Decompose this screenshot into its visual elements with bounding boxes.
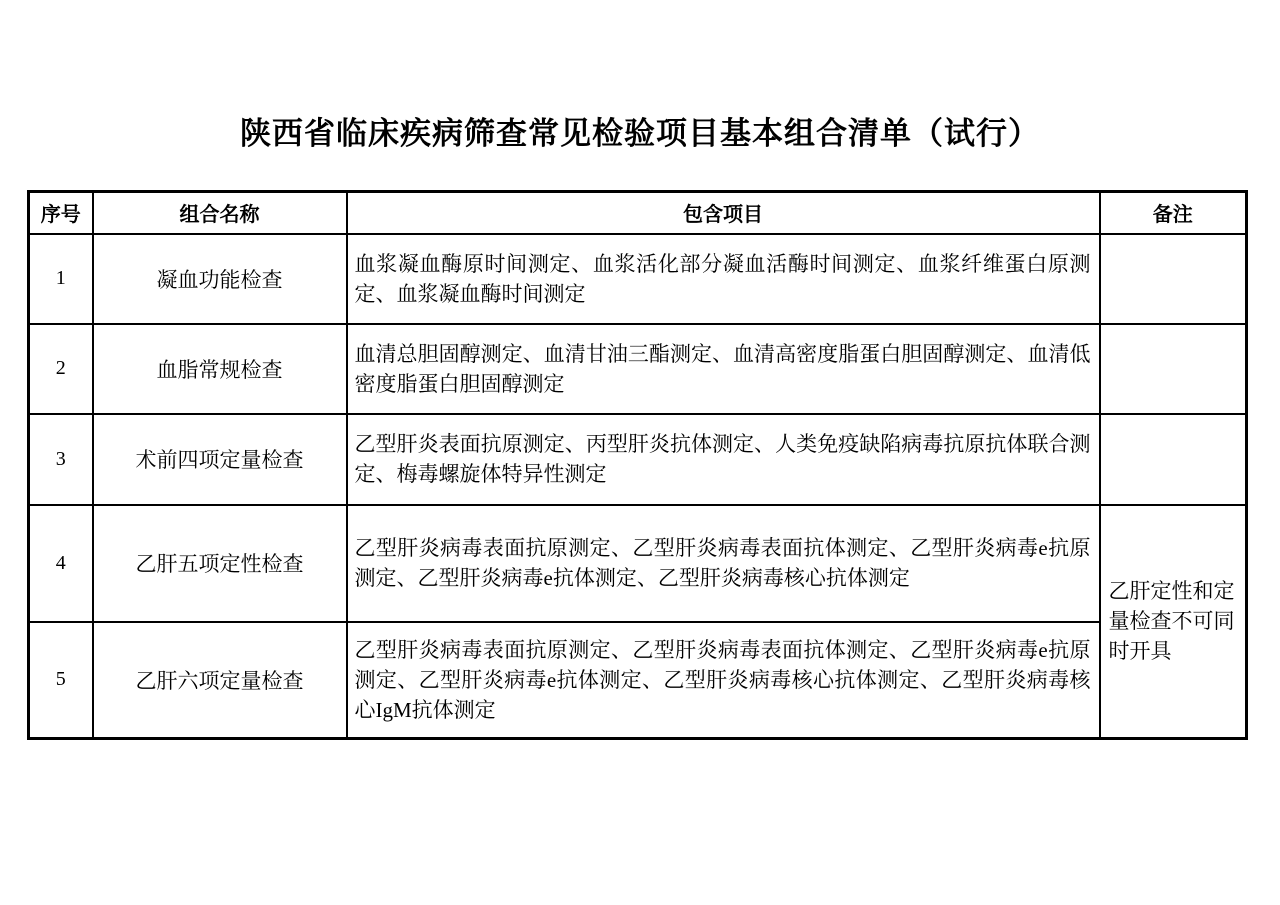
- remark-cell: [1100, 234, 1247, 324]
- column-header-items: 包含项目: [347, 192, 1100, 234]
- row-number: 4: [29, 505, 93, 622]
- remark-cell: [1100, 324, 1247, 414]
- table-row: 5 乙肝六项定量检查 乙型肝炎病毒表面抗原测定、乙型肝炎病毒表面抗体测定、乙型肝…: [29, 622, 1247, 739]
- column-header-name: 组合名称: [93, 192, 347, 234]
- combination-name: 乙肝五项定性检查: [93, 505, 347, 622]
- table-row: 3 术前四项定量检查 乙型肝炎表面抗原测定、丙型肝炎抗体测定、人类免疫缺陷病毒抗…: [29, 414, 1247, 505]
- table-row: 1 凝血功能检查 血浆凝血酶原时间测定、血浆活化部分凝血活酶时间测定、血浆纤维蛋…: [29, 234, 1247, 324]
- included-items: 血清总胆固醇测定、血清甘油三酯测定、血清高密度脂蛋白胆固醇测定、血清低密度脂蛋白…: [347, 324, 1100, 414]
- row-number: 1: [29, 234, 93, 324]
- combination-name: 凝血功能检查: [93, 234, 347, 324]
- table-header-row: 序号 组合名称 包含项目 备注: [29, 192, 1247, 234]
- document-title: 陕西省临床疾病筛查常见检验项目基本组合清单（试行）: [0, 0, 1280, 154]
- included-items: 乙型肝炎病毒表面抗原测定、乙型肝炎病毒表面抗体测定、乙型肝炎病毒e抗原测定、乙型…: [347, 505, 1100, 622]
- row-number: 3: [29, 414, 93, 505]
- row-number: 2: [29, 324, 93, 414]
- combination-name: 血脂常规检查: [93, 324, 347, 414]
- remark-cell-merged: 乙肝定性和定量检查不可同时开具: [1100, 505, 1247, 739]
- combination-name: 术前四项定量检查: [93, 414, 347, 505]
- table-row: 2 血脂常规检查 血清总胆固醇测定、血清甘油三酯测定、血清高密度脂蛋白胆固醇测定…: [29, 324, 1247, 414]
- test-combination-table: 序号 组合名称 包含项目 备注 1 凝血功能检查 血浆凝血酶原时间测定、血浆活化…: [27, 190, 1248, 740]
- included-items: 乙型肝炎病毒表面抗原测定、乙型肝炎病毒表面抗体测定、乙型肝炎病毒e抗原测定、乙型…: [347, 622, 1100, 739]
- included-items: 血浆凝血酶原时间测定、血浆活化部分凝血活酶时间测定、血浆纤维蛋白原测定、血浆凝血…: [347, 234, 1100, 324]
- remark-cell: [1100, 414, 1247, 505]
- combination-name: 乙肝六项定量检查: [93, 622, 347, 739]
- row-number: 5: [29, 622, 93, 739]
- column-header-remark: 备注: [1100, 192, 1247, 234]
- column-header-no: 序号: [29, 192, 93, 234]
- table-row: 4 乙肝五项定性检查 乙型肝炎病毒表面抗原测定、乙型肝炎病毒表面抗体测定、乙型肝…: [29, 505, 1247, 622]
- included-items: 乙型肝炎表面抗原测定、丙型肝炎抗体测定、人类免疫缺陷病毒抗原抗体联合测定、梅毒螺…: [347, 414, 1100, 505]
